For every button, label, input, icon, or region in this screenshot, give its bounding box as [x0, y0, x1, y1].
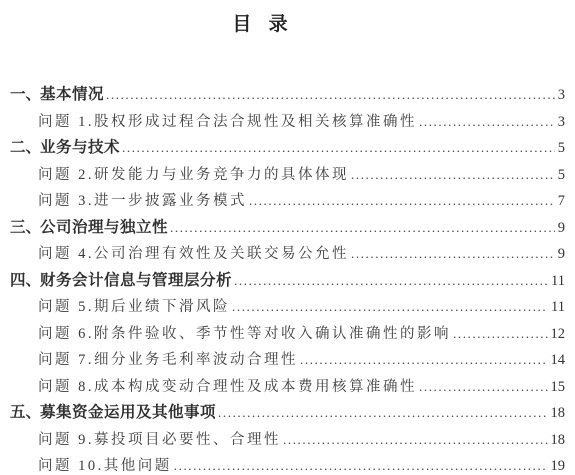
- toc-entry[interactable]: 四、财务会计信息与管理层分析11: [10, 268, 565, 295]
- toc-page-number: 19: [548, 453, 566, 475]
- toc-page-number: 3: [555, 109, 565, 136]
- toc-dot-leader: [300, 347, 548, 374]
- toc-entry[interactable]: 问题 4.公司治理有效性及关联交易公允性9: [10, 241, 565, 268]
- toc-entry-number: 一、: [10, 82, 40, 109]
- toc-dot-leader: [419, 109, 555, 136]
- toc-entry-label: 问题 2.研发能力与业务竞争力的具体体现: [38, 162, 349, 189]
- toc-entry-label: 基本情况: [40, 82, 104, 109]
- toc-entry-label: 问题 5.期后业绩下滑风险: [38, 294, 230, 321]
- page-title: 目 录: [10, 12, 516, 38]
- toc-page-number: 18: [548, 427, 566, 454]
- toc-entry[interactable]: 五、募集资金运用及其他事项18: [10, 400, 565, 427]
- toc-dot-leader: [106, 82, 555, 109]
- toc-entry[interactable]: 问题 3.进一步披露业务模式7: [10, 188, 565, 215]
- toc-entry-label: 问题 4.公司治理有效性及关联交易公允性: [38, 241, 349, 268]
- toc-entry[interactable]: 二、业务与技术5: [10, 135, 565, 162]
- toc-entry[interactable]: 一、基本情况3: [10, 82, 565, 109]
- document-page: 目 录 一、基本情况3问题 1.股权形成过程合法合规性及相关核算准确性3二、业务…: [0, 0, 575, 475]
- toc-entry-label: 募集资金运用及其他事项: [40, 400, 216, 427]
- toc-page-number: 11: [548, 268, 565, 295]
- toc-entry-label: 业务与技术: [40, 135, 120, 162]
- toc-entry-label: 财务会计信息与管理层分析: [40, 268, 232, 295]
- toc-entry[interactable]: 问题 1.股权形成过程合法合规性及相关核算准确性3: [10, 109, 565, 136]
- toc-entry[interactable]: 问题 8.成本构成变动合理性及成本费用核算准确性15: [10, 374, 565, 401]
- toc-page-number: 18: [548, 400, 566, 427]
- toc-dot-leader: [453, 321, 548, 348]
- toc-page-number: 9: [555, 241, 565, 268]
- toc-dot-leader: [351, 162, 555, 189]
- toc-dot-leader: [351, 241, 555, 268]
- toc-entry[interactable]: 问题 7.细分业务毛利率波动合理性14: [10, 347, 565, 374]
- toc-entry-label: 问题 10.其他问题: [38, 453, 172, 475]
- toc-page-number: 12: [548, 321, 566, 348]
- toc-page-number: 14: [548, 347, 566, 374]
- toc-entry-label: 问题 1.股权形成过程合法合规性及相关核算准确性: [38, 109, 417, 136]
- toc-entry-label: 公司治理与独立性: [40, 215, 168, 242]
- toc-entry-label: 问题 7.细分业务毛利率波动合理性: [38, 347, 298, 374]
- toc-page-number: 7: [555, 188, 565, 215]
- toc-entry-number: 二、: [10, 135, 40, 162]
- toc-dot-leader: [234, 268, 548, 295]
- toc-dot-leader: [170, 215, 555, 242]
- toc-entry[interactable]: 问题 9.募投项目必要性、合理性18: [10, 427, 565, 454]
- toc-dot-leader: [122, 135, 555, 162]
- toc-dot-leader: [249, 188, 555, 215]
- toc-dot-leader: [174, 453, 548, 475]
- toc-page-number: 3: [555, 82, 565, 109]
- toc-page-number: 15: [548, 374, 566, 401]
- toc-dot-leader: [283, 427, 548, 454]
- toc-page-number: 5: [555, 135, 565, 162]
- toc-entry-label: 问题 8.成本构成变动合理性及成本费用核算准确性: [38, 374, 417, 401]
- toc-page-number: 11: [548, 294, 565, 321]
- toc-page-number: 5: [555, 162, 565, 189]
- toc-entry[interactable]: 三、公司治理与独立性9: [10, 215, 565, 242]
- toc-entry[interactable]: 问题 10.其他问题19: [10, 453, 565, 475]
- toc-dot-leader: [419, 374, 548, 401]
- toc-entry-number: 四、: [10, 268, 40, 295]
- toc-entry-number: 三、: [10, 215, 40, 242]
- toc-entry[interactable]: 问题 2.研发能力与业务竞争力的具体体现5: [10, 162, 565, 189]
- toc-entry-label: 问题 9.募投项目必要性、合理性: [38, 427, 281, 454]
- toc-entry-label: 问题 6.附条件验收、季节性等对收入确认准确性的影响: [38, 321, 451, 348]
- toc-list: 一、基本情况3问题 1.股权形成过程合法合规性及相关核算准确性3二、业务与技术5…: [10, 82, 565, 475]
- toc-dot-leader: [218, 400, 547, 427]
- toc-dot-leader: [232, 294, 548, 321]
- toc-entry[interactable]: 问题 6.附条件验收、季节性等对收入确认准确性的影响12: [10, 321, 565, 348]
- toc-entry-number: 五、: [10, 400, 40, 427]
- toc-entry-label: 问题 3.进一步披露业务模式: [38, 188, 247, 215]
- toc-entry[interactable]: 问题 5.期后业绩下滑风险11: [10, 294, 565, 321]
- toc-page-number: 9: [555, 215, 565, 242]
